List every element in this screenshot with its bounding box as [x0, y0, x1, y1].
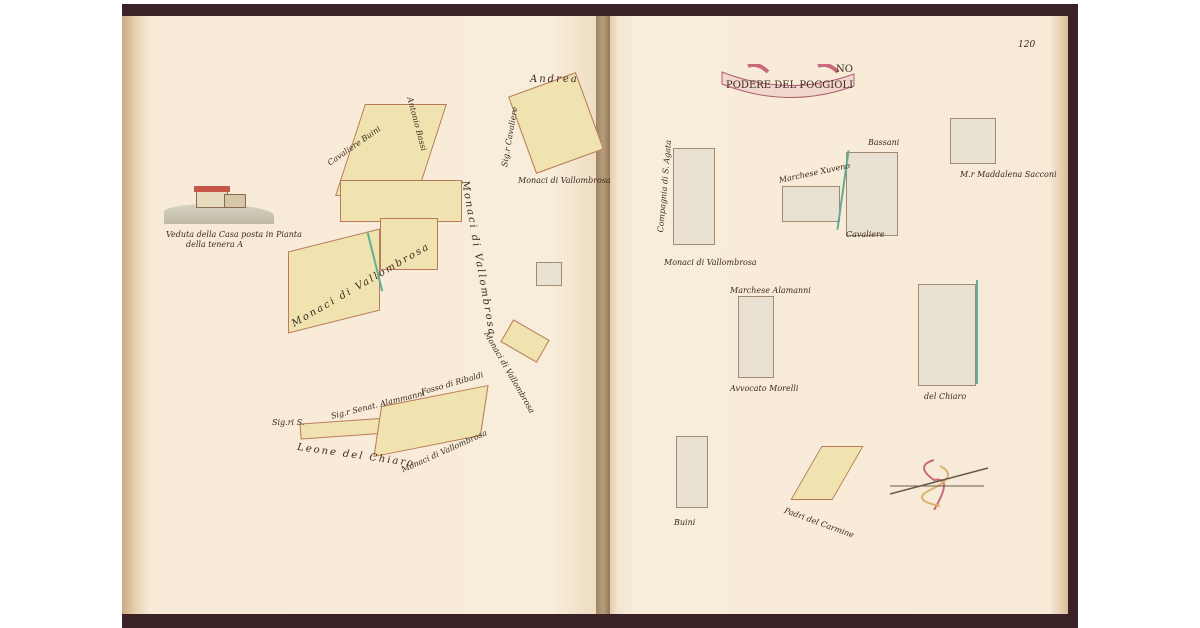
- label-monaci-andrea: Monaci di Vallombrosa: [518, 176, 611, 185]
- parcel-f: [536, 262, 562, 286]
- label-buini-g: Buini: [674, 518, 695, 527]
- parcel-k: [918, 284, 976, 386]
- label-sigri-s: Sig.ri S.: [272, 418, 304, 427]
- label-bassani: Bassani: [868, 138, 899, 147]
- parcel-marchese-alamanni: [738, 296, 774, 378]
- house-vignette: [164, 184, 274, 226]
- parcel-h-left: [782, 186, 840, 222]
- label-monaci-s-agata: Monaci di Vallombrosa: [664, 258, 757, 267]
- label-andrea: Andrea: [530, 74, 579, 85]
- parcel-h-right: [846, 152, 898, 236]
- parcel-s-agata: [673, 148, 715, 245]
- parcel-g: [676, 436, 708, 508]
- label-avvocato-morelli: Avvocato Morelli: [730, 384, 798, 393]
- parcel-l: [950, 118, 996, 164]
- title-banner-text: PODERE DEL POGGIOLI: [726, 80, 853, 91]
- parcel-middle: [340, 180, 462, 222]
- stream-k: [976, 280, 978, 384]
- label-marchese-alamanni: Marchese Alamanni: [730, 286, 811, 295]
- label-cavaliere-h: Cavaliere: [846, 230, 885, 239]
- vignette-caption-line2: della tenera A: [186, 240, 243, 249]
- page-number: 120: [1018, 40, 1035, 50]
- label-maddalena-sacconi: M.r Maddalena Sacconi: [960, 170, 1057, 179]
- title-banner-number: NO: [836, 64, 853, 75]
- label-del-chiaro: del Chiaro: [924, 392, 966, 401]
- compass-rose-icon: [884, 450, 994, 510]
- vignette-caption-line1: Veduta della Casa posta in Pianta: [166, 230, 302, 239]
- book-gutter: [596, 16, 610, 614]
